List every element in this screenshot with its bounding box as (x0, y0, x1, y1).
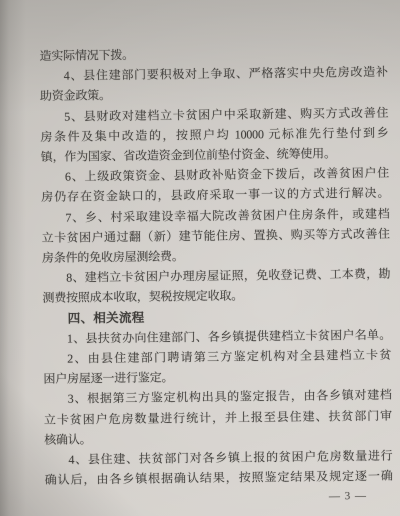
doc-line: 立卡贫困户通过翻（新）建节能住房、置换、购买等方式改善住 (42, 224, 390, 248)
doc-line: 房条件及集中改造的，按照户均 10000 元标准先行垫付到乡 (40, 123, 388, 147)
document-page: 造实际情况下拨。 4、县住建部门要积极对上争取、严格落实中央危房改造补 助资金政… (0, 0, 400, 516)
document-text-block: 造实际情况下拨。 4、县住建部门要积极对上争取、严格落实中央危房改造补 助资金政… (39, 42, 392, 491)
doc-line: 立卡贫困户危房数量进行统计，并上报至县住建、扶贫部门审 (44, 405, 392, 429)
page-number: — 3 — (329, 490, 367, 502)
doc-line: 确认后，由各乡镇根据确认结果，按照鉴定结果及规定逐一确 (45, 466, 393, 490)
page-tilt-wrapper: 造实际情况下拨。 4、县住建部门要积极对上争取、严格落实中央危房改造补 助资金政… (0, 0, 400, 516)
